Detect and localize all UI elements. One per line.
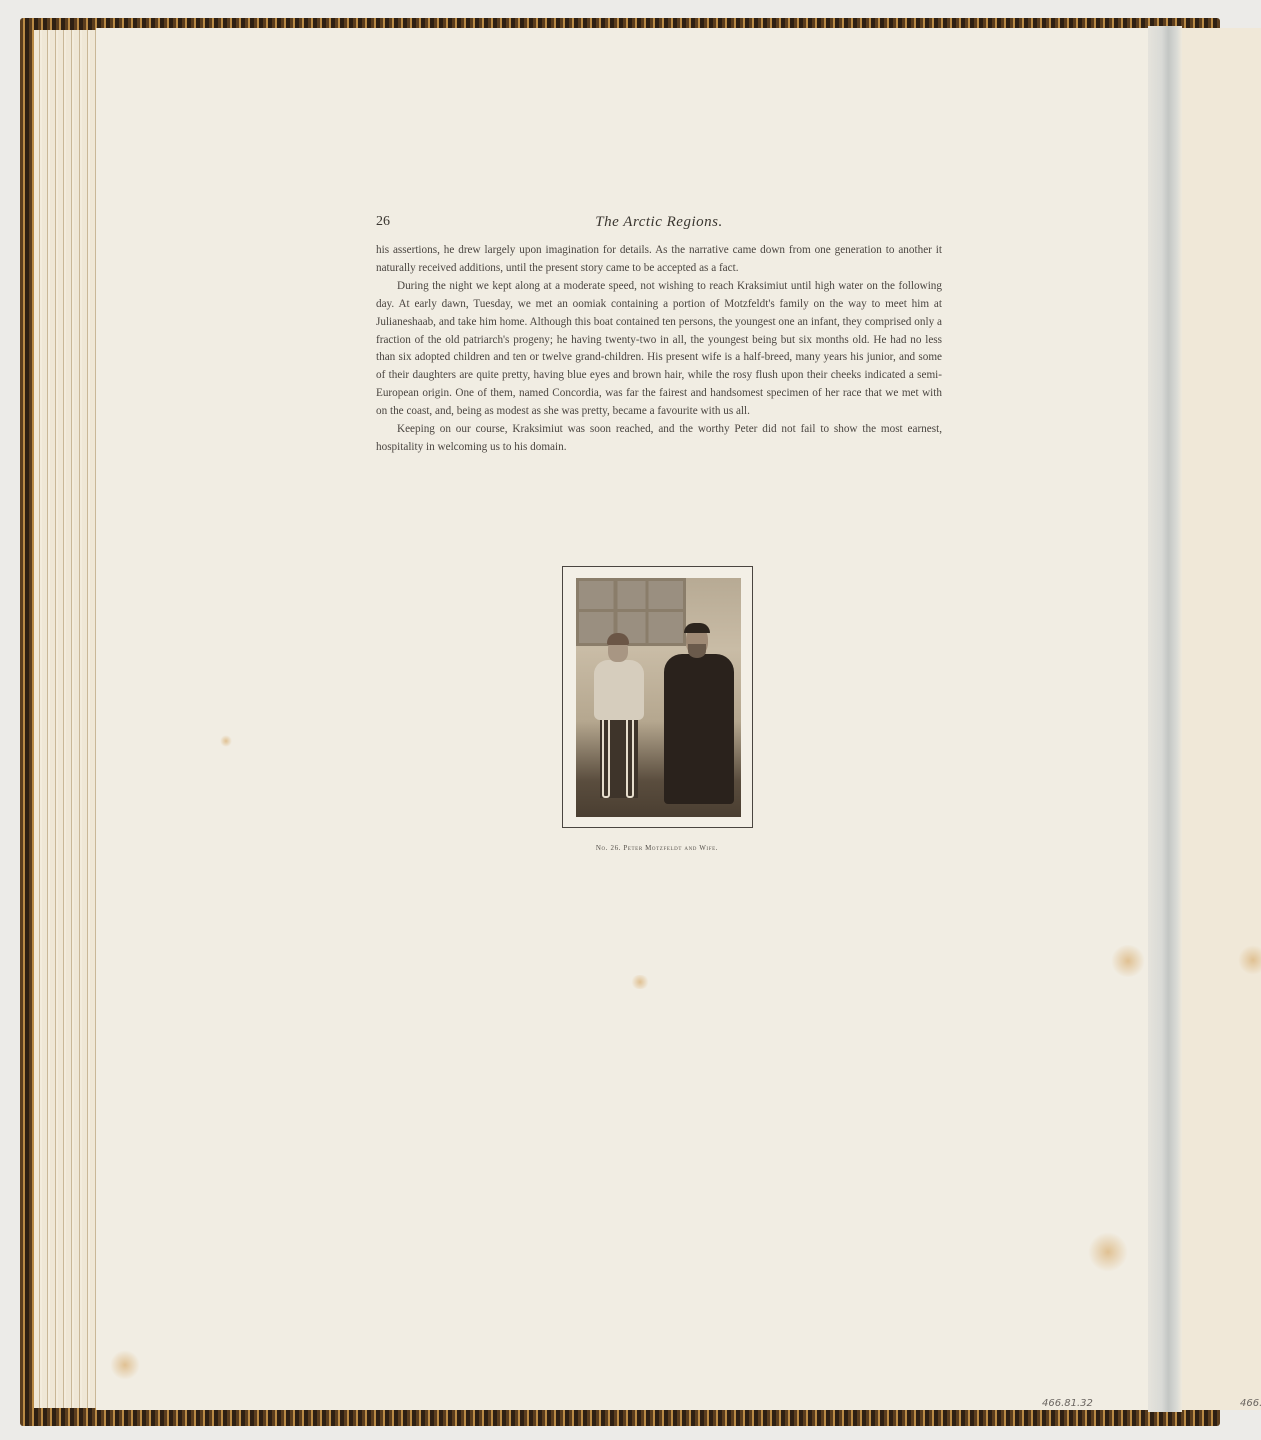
foxing-stain [220, 735, 232, 747]
accession-number: 466.81.32 [1042, 1398, 1093, 1409]
page-header: 26 The Arctic Regions. [376, 214, 942, 234]
photo-plate-frame [562, 566, 753, 828]
paragraph: During the night we kept along at a mode… [376, 278, 942, 421]
foxing-stain [1238, 945, 1261, 975]
foxing-stain [110, 1350, 140, 1380]
paragraph: Keeping on our course, Kraksimiut was so… [376, 421, 942, 457]
running-title: The Arctic Regions. [376, 214, 942, 231]
book-gutter [1148, 26, 1182, 1412]
foxing-stain [1088, 1232, 1128, 1272]
paragraph: his assertions, he drew largely upon ima… [376, 242, 942, 278]
foxing-stain [1110, 945, 1146, 977]
accession-number-facing: 466. [1240, 1398, 1261, 1409]
plate-caption: No. 26. Peter Motzfeldt and Wife. [462, 844, 852, 852]
standing-man [664, 626, 734, 806]
page-edges-stack [34, 30, 104, 1408]
foxing-stain [630, 975, 650, 989]
seated-woman [594, 638, 644, 788]
facing-page-edge [1182, 28, 1261, 1410]
photograph [576, 578, 741, 817]
body-text: his assertions, he drew largely upon ima… [376, 242, 942, 457]
